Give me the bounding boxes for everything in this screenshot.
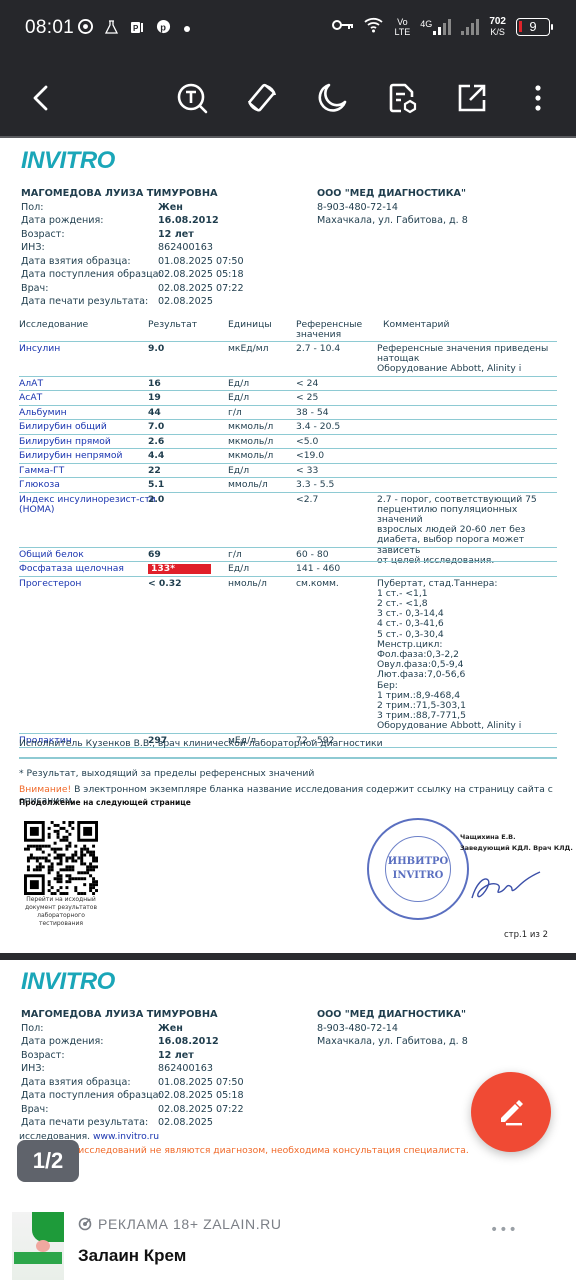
field-value: 12 лет xyxy=(158,228,194,242)
rotate-icon xyxy=(245,81,279,115)
table-row: Инсулин9.0мкЕд/мл2.7 - 10.4Референсные з… xyxy=(19,342,557,377)
p2-field-value: Жен xyxy=(158,1022,183,1036)
test-name-link[interactable]: Альбумин xyxy=(19,408,67,418)
units: ммоль/л xyxy=(228,480,268,490)
field-value: 02.08.2025 07:22 xyxy=(158,282,244,296)
col-header-test: Исследование xyxy=(19,320,88,330)
reference-range: 2.7 - 10.4 xyxy=(296,344,340,354)
p2-field-value: 02.08.2025 xyxy=(158,1116,213,1130)
result-value: 4.4 xyxy=(148,451,164,461)
table-row: Билирубин прямой2.6мкмоль/л<5.0 xyxy=(19,435,557,450)
result-value: 19 xyxy=(148,393,161,403)
open-external-icon xyxy=(455,81,489,115)
text-search-button[interactable] xyxy=(172,78,212,118)
clock: 08:01 xyxy=(25,17,74,39)
p2-field-value: 12 лет xyxy=(158,1049,194,1063)
test-name-link[interactable]: Билирубин непрямой xyxy=(19,451,123,461)
field-label: Дата рождения: xyxy=(21,214,104,228)
signal-icon xyxy=(461,19,479,35)
reference-range: <19.0 xyxy=(296,451,324,461)
p2-field-value: 862400163 xyxy=(158,1062,213,1076)
result-value: 2.6 xyxy=(148,437,164,447)
p2-field-value: 02.08.2025 07:22 xyxy=(158,1103,244,1117)
reference-range: 141 - 460 xyxy=(296,564,340,574)
result-value: 7.0 xyxy=(148,422,164,432)
signer: Чащихина Е.В.Заведующий КДЛ. Врач КЛД. xyxy=(460,832,573,854)
reference-range: <2.7 xyxy=(296,495,318,505)
test-name-link[interactable]: Инсулин xyxy=(19,344,60,354)
lab-stamp: ИНВИТРОINVITRO xyxy=(367,818,469,920)
invitro-logo: INVITRO xyxy=(21,147,115,175)
4g-signal-icon: 4G xyxy=(420,19,451,35)
table-row: Общий белок69г/л60 - 80 xyxy=(19,548,557,563)
p2-field-label: ИНЗ: xyxy=(21,1062,45,1076)
field-label: Дата печати результата: xyxy=(21,295,148,309)
result-value: 2.0 xyxy=(148,495,164,505)
signature xyxy=(466,868,546,908)
result-value: 22 xyxy=(148,466,161,476)
p2-field-label: Пол: xyxy=(21,1022,43,1036)
field-label: ИНЗ: xyxy=(21,241,45,255)
field-value: 16.08.2012 xyxy=(158,214,219,228)
field-label: Возраст: xyxy=(21,228,65,242)
table-row: АлАТ16Ед/л< 24 xyxy=(19,377,557,392)
p2-field-value: 02.08.2025 05:18 xyxy=(158,1089,244,1103)
page-indicator: 1/2 xyxy=(17,1140,79,1182)
text-search-icon xyxy=(175,81,209,115)
p2-field-label: Дата поступления образца: xyxy=(21,1089,162,1103)
reference-range: < 33 xyxy=(296,466,318,476)
org-phone: 8-903-480-72-14 xyxy=(317,201,398,215)
table-row: Альбумин44г/л38 - 54 xyxy=(19,406,557,421)
comment: Пубертат, стад.Таннера: 1 ст.- <1,1 2 ст… xyxy=(377,579,557,732)
test-name-link[interactable]: Глюкоза xyxy=(19,480,60,490)
units: Ед/л xyxy=(228,564,249,574)
field-label: Пол: xyxy=(21,201,43,215)
battery-icon: 9 xyxy=(516,18,550,36)
net-speed-icon: 702K/S xyxy=(489,16,506,37)
invitro-logo-p2: INVITRO xyxy=(21,968,115,996)
units: мкЕд/мл xyxy=(228,344,269,354)
units: мкмоль/л xyxy=(228,451,273,461)
field-value: Жен xyxy=(158,201,183,215)
result-value: 16 xyxy=(148,379,161,389)
result-value: 44 xyxy=(148,408,161,418)
org-address-p2: Махачкала, ул. Габитова, д. 8 xyxy=(317,1035,468,1049)
table-row: Индекс инсулинорезист-сти (HOMA)2.0<2.72… xyxy=(19,493,557,548)
patient-name-p2: МАГОМЕДОВА ЛУИЗА ТИМУРОВНА xyxy=(21,1008,218,1022)
more-options-button[interactable] xyxy=(518,78,558,118)
reference-range: см.комм. xyxy=(296,579,339,589)
units: Ед/л xyxy=(228,379,249,389)
more-vertical-icon xyxy=(521,81,555,115)
patient-name: МАГОМЕДОВА ЛУИЗА ТИМУРОВНА xyxy=(21,187,218,201)
p2-field-label: Дата печати результата: xyxy=(21,1116,148,1130)
divider xyxy=(19,757,557,759)
status-bar: 08:01 P p VoLTE 4G 702K/S 9 xyxy=(0,0,576,60)
reference-range: <5.0 xyxy=(296,437,318,447)
vpn-key-icon xyxy=(332,18,354,35)
col-header-units: Единицы xyxy=(228,320,272,330)
test-name-link[interactable]: Билирубин прямой xyxy=(19,437,111,447)
field-label: Врач: xyxy=(21,282,48,296)
field-value: 862400163 xyxy=(158,241,213,255)
test-name-link[interactable]: Прогестерон xyxy=(19,579,81,589)
svg-text:P: P xyxy=(133,24,139,33)
wifi-icon xyxy=(364,17,384,36)
edit-pencil-icon xyxy=(494,1095,528,1129)
test-name-link[interactable]: Общий белок xyxy=(19,550,84,560)
chrome-icon xyxy=(78,19,93,39)
table-row: Фосфатаза щелочная133*Ед/л141 - 460 xyxy=(19,562,557,577)
table-row: АсАТ19Ед/л< 25 xyxy=(19,391,557,406)
p2-field-label: Возраст: xyxy=(21,1049,65,1063)
reference-range: 3.3 - 5.5 xyxy=(296,480,334,490)
test-name-link[interactable]: Фосфатаза щелочная xyxy=(19,564,124,574)
pinterest-icon: p xyxy=(156,19,171,39)
result-value: 5.1 xyxy=(148,480,164,490)
ad-more-button[interactable]: ••• xyxy=(490,1222,518,1238)
result-value: 133* xyxy=(148,564,211,574)
edit-fab-button[interactable] xyxy=(471,1072,551,1152)
dark-mode-button[interactable] xyxy=(312,78,352,118)
p2-field-value: 16.08.2012 xyxy=(158,1035,219,1049)
p2-field-label: Врач: xyxy=(21,1103,48,1117)
page2-disclaimer: Результаты исследований не являются диаг… xyxy=(19,1145,469,1156)
org-address: Махачкала, ул. Габитова, д. 8 xyxy=(317,214,468,228)
p2-field-label: Дата рождения: xyxy=(21,1035,104,1049)
document-settings-button[interactable] xyxy=(382,78,422,118)
document-settings-icon xyxy=(385,81,419,115)
table-row: Глюкоза5.1ммоль/л3.3 - 5.5 xyxy=(19,478,557,493)
units: Ед/л xyxy=(228,466,249,476)
test-name-link[interactable]: АлАТ xyxy=(19,379,43,389)
result-value: 69 xyxy=(148,550,161,560)
open-external-button[interactable] xyxy=(452,78,492,118)
col-header-comment: Комментарий xyxy=(383,320,449,330)
viewer-toolbar xyxy=(0,60,576,137)
table-header: Исследование Результат Единицы Референсн… xyxy=(19,318,557,342)
org-name-p2: ООО "МЕД ДИАГНОСТИКА" xyxy=(317,1008,466,1022)
warning-label: Внимание! xyxy=(19,784,71,795)
field-value: 02.08.2025 xyxy=(158,295,213,309)
test-name-link[interactable]: АсАТ xyxy=(19,393,42,403)
ad-thumbnail[interactable] xyxy=(12,1212,64,1280)
footnote: * Результат, выходящий за пределы рефере… xyxy=(19,768,314,779)
field-label: Дата поступления образца: xyxy=(21,268,162,282)
back-icon xyxy=(25,81,59,115)
ad-meta: РЕКЛАМА 18+ ZALAIN.RU xyxy=(78,1216,282,1232)
volte-icon: VoLTE xyxy=(394,17,410,37)
rotate-button[interactable] xyxy=(242,78,282,118)
p2-field-label: Дата взятия образца: xyxy=(21,1076,131,1090)
reference-range: 3.4 - 20.5 xyxy=(296,422,340,432)
result-value: 9.0 xyxy=(148,344,164,354)
document-page-1: INVITRO МАГОМЕДОВА ЛУИЗА ТИМУРОВНА ООО "… xyxy=(0,138,576,953)
col-header-result: Результат xyxy=(148,320,197,330)
reference-range: 60 - 80 xyxy=(296,550,329,560)
units: Ед/л xyxy=(228,393,249,403)
qr-code[interactable] xyxy=(24,821,98,895)
field-value: 02.08.2025 05:18 xyxy=(158,268,244,282)
ad-target-icon xyxy=(78,1217,92,1231)
reference-range: < 25 xyxy=(296,393,318,403)
table-row: Гамма-ГТ22Ед/л< 33 xyxy=(19,464,557,479)
continued-note: Продолжение на следующей странице xyxy=(19,798,191,807)
units: г/л xyxy=(228,550,242,560)
invitro-link[interactable]: www.invitro.ru xyxy=(93,1131,159,1142)
units: г/л xyxy=(228,408,242,418)
field-value: 01.08.2025 07:50 xyxy=(158,255,244,269)
svg-text:p: p xyxy=(160,22,166,32)
results-table: Исследование Результат Единицы Референсн… xyxy=(19,318,557,748)
back-button[interactable] xyxy=(22,78,62,118)
app-p-icon: P xyxy=(130,20,144,39)
qr-caption: Перейти на исходный документ результатов… xyxy=(16,896,106,928)
units: нмоль/л xyxy=(228,579,267,589)
table-row: Билирубин непрямой4.4мкмоль/л<19.0 xyxy=(19,449,557,464)
test-name-link[interactable]: Гамма-ГТ xyxy=(19,466,64,476)
org-name: ООО "МЕД ДИАГНОСТИКА" xyxy=(317,187,466,201)
executor-line: Исполнитель Кузенков В.В., врач клиничес… xyxy=(19,738,383,749)
table-row: Билирубин общий7.0мкмоль/л3.4 - 20.5 xyxy=(19,420,557,435)
dot-icon xyxy=(183,20,191,38)
page-number: стр.1 из 2 xyxy=(504,930,548,940)
flask-icon xyxy=(105,20,118,39)
org-phone-p2: 8-903-480-72-14 xyxy=(317,1022,398,1036)
ad-banner[interactable]: РЕКЛАМА 18+ ZALAIN.RU Залаин Крем ••• xyxy=(0,1192,576,1280)
result-value: < 0.32 xyxy=(148,579,182,589)
comment: Референсные значения приведены натощак О… xyxy=(377,344,557,375)
col-header-ref: Референсные значения xyxy=(296,320,366,340)
ad-title[interactable]: Залаин Крем xyxy=(78,1246,186,1266)
test-name-link[interactable]: Билирубин общий xyxy=(19,422,107,432)
dark-mode-icon xyxy=(315,81,349,115)
table-row: Прогестерон< 0.32нмоль/лсм.комм.Пубертат… xyxy=(19,577,557,734)
field-label: Дата взятия образца: xyxy=(21,255,131,269)
p2-field-value: 01.08.2025 07:50 xyxy=(158,1076,244,1090)
units: мкмоль/л xyxy=(228,437,273,447)
test-name-link[interactable]: Индекс инсулинорезист-сти (HOMA) xyxy=(19,495,156,515)
units: мкмоль/л xyxy=(228,422,273,432)
reference-range: 38 - 54 xyxy=(296,408,329,418)
reference-range: < 24 xyxy=(296,379,318,389)
